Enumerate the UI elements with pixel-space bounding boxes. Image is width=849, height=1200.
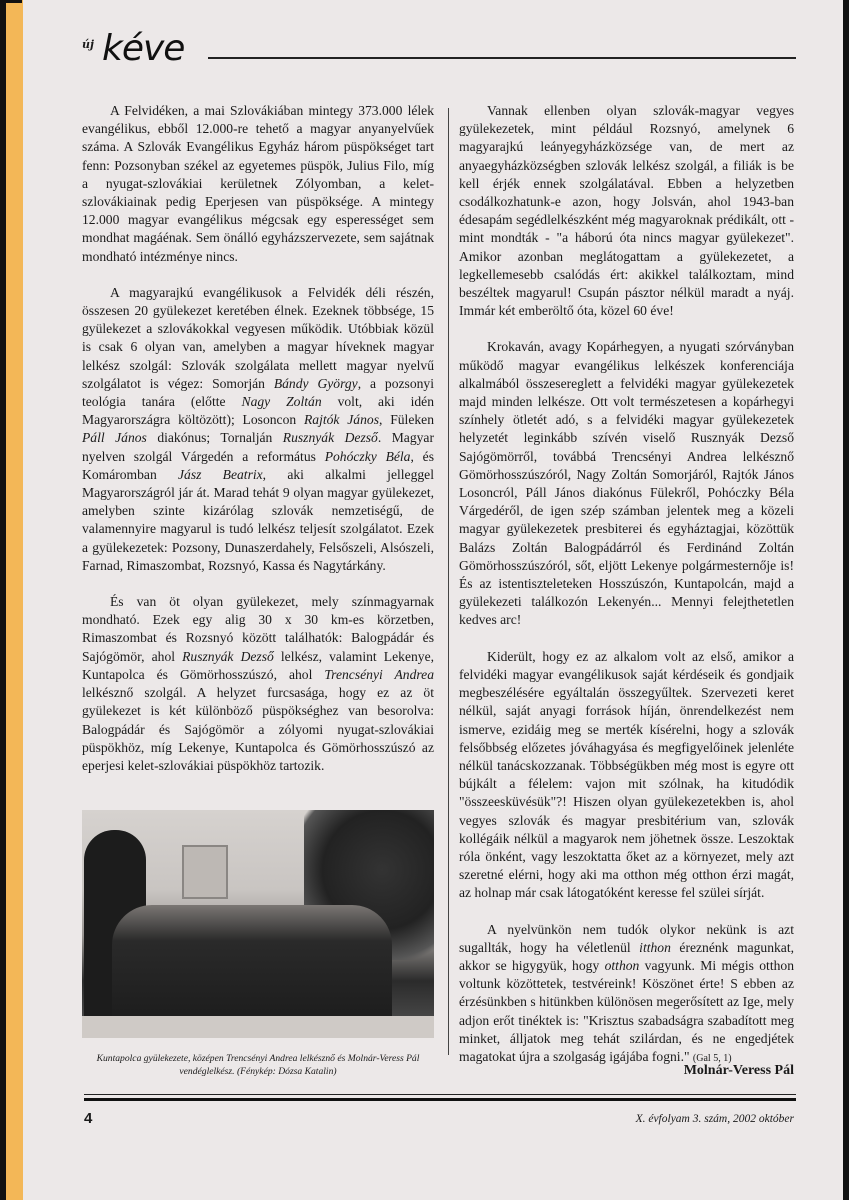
text-run: , aki alkalmi jelleggel Magyarországról … (82, 467, 434, 573)
text-run: , Füleken (379, 412, 434, 427)
person-name: Trencsényi Andrea (324, 667, 434, 682)
person-name: Rusznyák Dezső (182, 649, 274, 664)
emphasis: itthon (639, 940, 671, 955)
page-number: 4 (84, 1110, 92, 1127)
congregation-photo (82, 810, 434, 1038)
paragraph: A magyarajkú evangélikusok a Felvidék dé… (82, 284, 434, 575)
masthead-rule (208, 57, 796, 59)
paragraph: És van öt olyan gyülekezet, mely színmag… (82, 593, 434, 775)
photo-caption: Kuntapolca gyülekezete, középen Trencsén… (90, 1052, 426, 1078)
left-column: A Felvidéken, a mai Szlovákiában mintegy… (82, 102, 434, 793)
footer-rule-thin (84, 1094, 796, 1095)
paragraph: A Felvidéken, a mai Szlovákiában mintegy… (82, 102, 434, 266)
issue-info: X. évfolyam 3. szám, 2002 október (636, 1113, 794, 1125)
masthead: új kéve (80, 34, 796, 74)
person-name: Jász Beatrix (178, 467, 263, 482)
right-column: Vannak ellenben olyan szlovák-magyar veg… (459, 102, 794, 1086)
person-name: Rusznyák Dezső (283, 430, 378, 445)
person-name: Pohóczky Béla (325, 449, 411, 464)
masthead-logo: kéve (102, 28, 184, 69)
author-signature: Molnár-Veress Pál (459, 1063, 794, 1079)
text-run: vagyunk. Mi mégis otthon voltunk közötte… (459, 958, 794, 1064)
emphasis: otthon (605, 958, 640, 973)
person-name: Nagy Zoltán (242, 394, 322, 409)
photo-crowd (112, 905, 392, 1025)
person-name: Páll János (82, 430, 147, 445)
text-run: diakónus; Tornalján (147, 430, 283, 445)
paragraph: Krokaván, avagy Kopárhegyen, a nyugati s… (459, 338, 794, 629)
masthead-small-text: új (82, 38, 94, 51)
photo-window (182, 845, 228, 899)
column-divider (448, 108, 449, 1055)
person-name: Rajtók János (304, 412, 379, 427)
paragraph: A nyelvünkön nem tudók olykor nekünk is … (459, 921, 794, 1069)
paragraph: Vannak ellenben olyan szlovák-magyar veg… (459, 102, 794, 320)
paragraph: Kiderült, hogy ez az alkalom volt az els… (459, 648, 794, 903)
footer-rule-thick (84, 1098, 796, 1101)
text-run: lelkésznő szolgál. A helyzet furcsasága,… (82, 685, 434, 773)
person-name: Bándy György (274, 376, 358, 391)
photo-ground (82, 1016, 434, 1038)
